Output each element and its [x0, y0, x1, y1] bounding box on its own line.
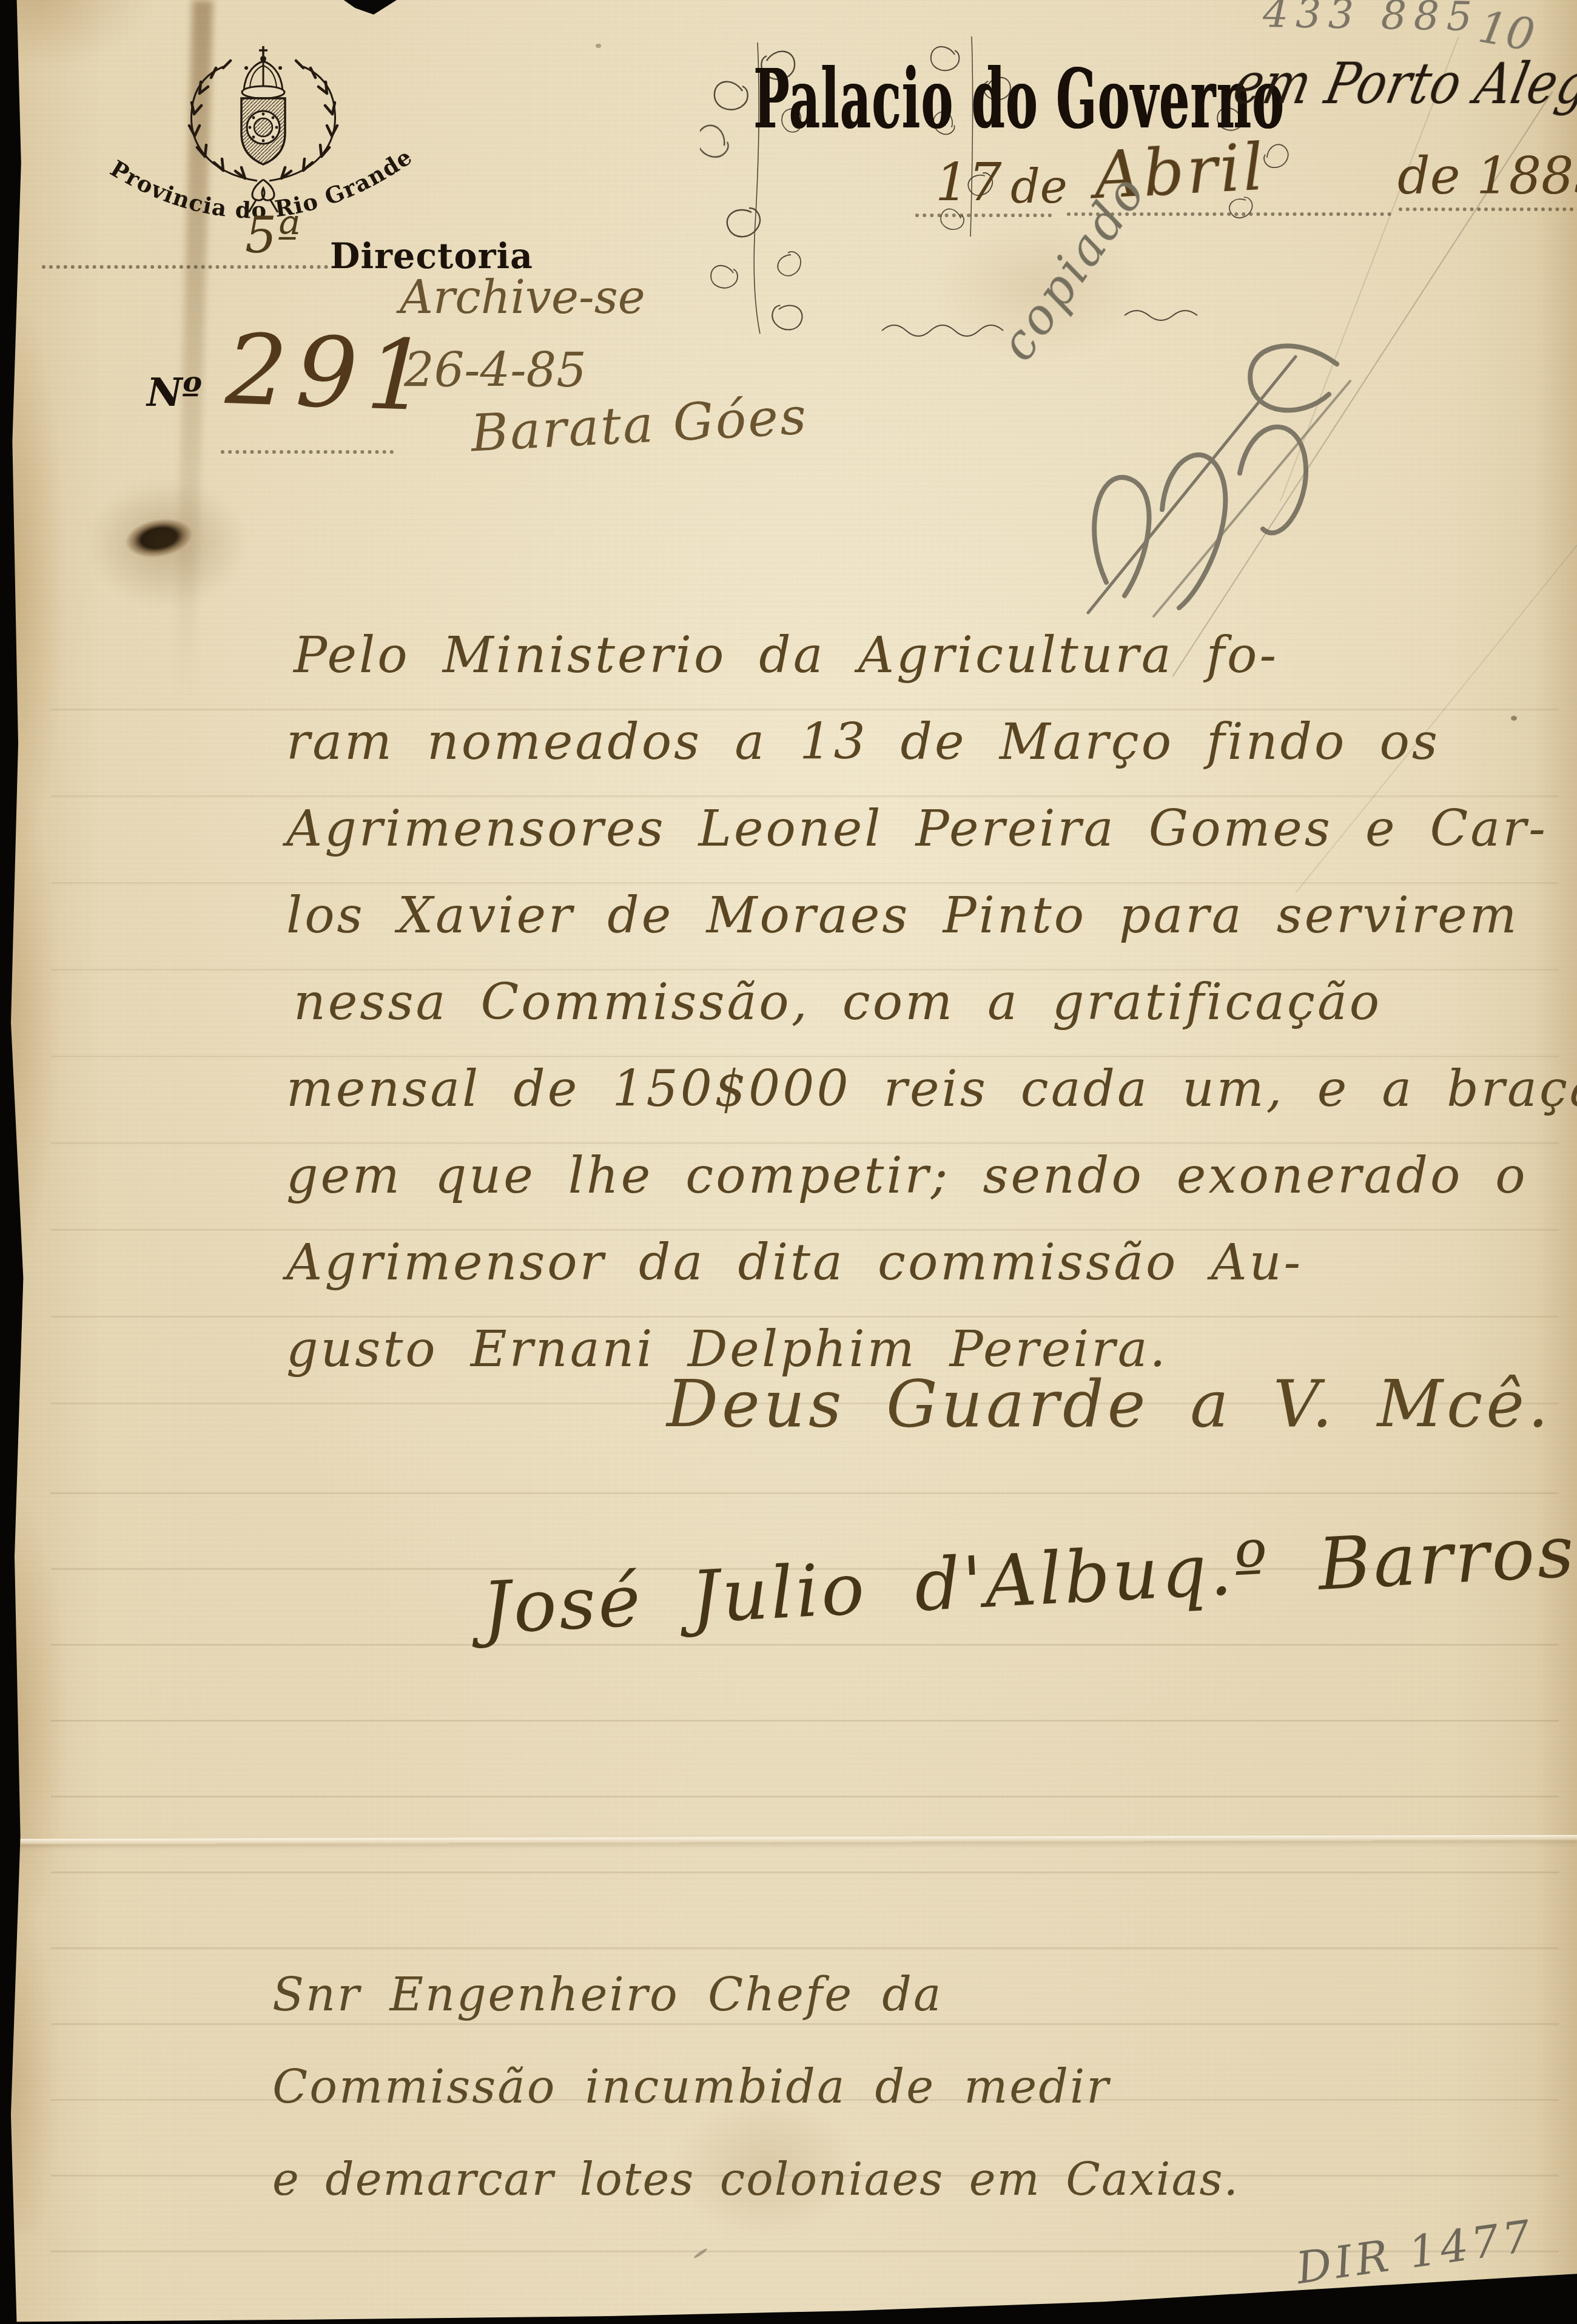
paper-speck [693, 2248, 708, 2259]
date-day: 17 [935, 157, 1001, 209]
fold-crease-horizontal [17, 1835, 1577, 1845]
scanned-document-page: Provincia do Rio Grande do Sul. 5ª Direc… [0, 0, 1577, 2324]
paper-stain [8, 315, 136, 1262]
paper-stain [8, 1504, 148, 2232]
pencil-page-number: 10 [1475, 5, 1538, 58]
body-text-line: Pelo Ministerio da Agricultura fo- [294, 631, 1279, 681]
numero-label: Nº [147, 374, 202, 413]
provincial-coat-of-arms: Provincia do Rio Grande do Sul. [93, 42, 433, 224]
body-text-line: Agrimensor da dita commissão Au- [286, 1238, 1303, 1288]
body-text-line: gem que lhe competir; sendo exonerado o [286, 1151, 1528, 1201]
letterhead-title-blackletter: Palacio do Governo [753, 59, 1285, 141]
body-text-line: Agrimensores Leonel Pereira Gomes e Car- [286, 804, 1548, 854]
archive-date: 26-4-85 [404, 347, 587, 394]
directoria-number-handwritten: 5ª [245, 211, 300, 261]
paper-speck [1511, 716, 1517, 721]
signature: José Julio d'Albuq.º Barros [480, 1515, 1577, 1644]
paper-stain [1535, 0, 1577, 2324]
date-dotted-line [915, 214, 1052, 217]
directoria-label: Directoria [330, 239, 533, 274]
pencil-top-code: 433 885 [1262, 0, 1479, 37]
form-dotted-line [221, 450, 394, 454]
addressee-line: Commissão incumbida de medir [272, 2064, 1111, 2110]
valediction: Deus Guarde a V. Mcê. [667, 1372, 1552, 1437]
archive-note: Archive-se [400, 274, 645, 320]
ink-blot [122, 514, 195, 563]
letterhead-location-script: em Porto Alegre, [1229, 56, 1577, 113]
archive-signature: Barata Góes [469, 391, 809, 459]
body-text-line: los Xavier de Moraes Pinto para servirem [286, 891, 1519, 941]
addressee-line: e demarcar lotes coloniaes em Caxias. [272, 2157, 1239, 2202]
paper-tear [339, 0, 397, 15]
body-text-line: mensal de 150$000 reis cada um, e a braç… [286, 1065, 1577, 1114]
shield-icon [241, 98, 285, 164]
date-dotted-line [1399, 207, 1577, 211]
form-dotted-line [42, 265, 328, 269]
body-text-line: ram nomeados a 13 de Março findo os [286, 718, 1440, 767]
body-text-line: nessa Commissão, com a gratificação [294, 978, 1382, 1028]
crown-icon [242, 46, 284, 98]
paper-speck [596, 44, 601, 48]
pencil-scrawl-icon [1034, 328, 1373, 619]
date-de: de [1010, 164, 1068, 210]
date-year: de 1885 [1397, 150, 1577, 201]
addressee-line: Snr Engenheiro Chefe da [272, 1972, 943, 2018]
paper-sheet: Provincia do Rio Grande do Sul. 5ª Direc… [8, 0, 1577, 2324]
